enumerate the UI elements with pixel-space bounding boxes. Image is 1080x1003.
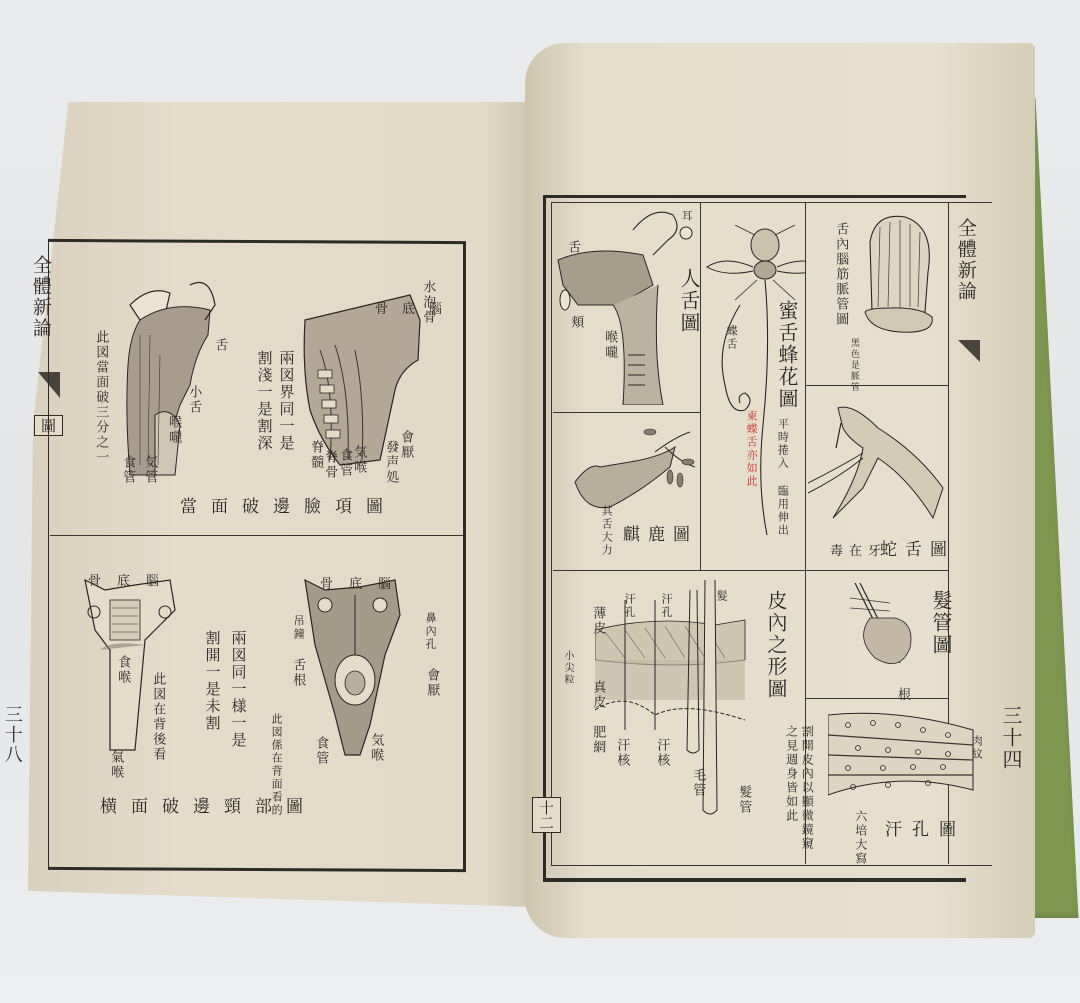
label-sweat-gland-2: 汗核 [654,738,668,768]
label-fat-net: 肥網 [590,725,604,755]
label-flesh-pattern: 肉紋 [970,735,982,761]
label-epiglottis-br: 會厭 [424,668,438,698]
label-brain-base-bone-bl: 骨底腦 [88,570,175,589]
left-page-number: 三十八 [2,705,22,765]
note-deer-tongue: 其舌大力 [600,505,612,557]
label-cheek-p1: 頬 [568,315,582,330]
fold-number-box: 十二 [532,797,561,833]
label-sweat-pore-2: 汗孔 [660,593,672,619]
right-margin-title: 全體新論 [955,218,976,302]
label-ethmoid: 水泡骨 [420,280,434,325]
label-true-skin: 真皮 [590,680,604,710]
skin-cross-section-illustration [595,580,775,820]
label-food-throat: 食喉 [115,655,129,685]
sweat-pore-illustration [828,710,978,800]
grid-h4 [805,698,948,699]
note-tongue-nerve: 黑色是脈管 [848,338,858,393]
grid-h1 [553,412,700,413]
label-thin-skin: 薄皮 [590,606,604,636]
deer-tongue-illustration [570,422,700,522]
caption-human-tongue: 人舌圖 [678,268,700,334]
snake-tongue-illustration [808,398,948,523]
label-tongue: 舌 [212,338,226,353]
label-hair-follicle: 髮管 [736,785,750,815]
left-divider [50,535,464,536]
label-trachea: 気管 [142,455,156,485]
note-skin-microscope: 割開皮內以顯微鏡窺之見週身皆如此 [783,725,814,860]
grid-v1 [700,202,701,570]
caption-deer: 麒鹿圖 [623,520,698,545]
caption-bee-tongue: 蜜舌蜂花圖 [776,300,798,410]
label-esophagus: 食管 [120,455,134,485]
caption-snake: 蛇舌圖 [880,535,955,560]
label-esophagus-2: 食管 [337,448,351,478]
top-figure-caption: 當面破邊臉項圖 [180,492,397,517]
note-back-view: 此図在背後看 [150,672,164,762]
note-cut-1: 兩図同一様一是 [230,630,247,749]
grid-h3 [553,570,948,571]
label-spinal-cord: 脊髓 [308,440,322,470]
label-voice-point: 發声処 [383,440,397,485]
caption-hair-follicle: 髮管圖 [930,590,952,656]
label-tongue-root: 舌根 [290,658,304,688]
right-page-number: 三十四 [1000,705,1022,771]
label-sweat-pore-1: 汗孔 [623,593,635,619]
label-butterfly-tongue: 蝶舌 [725,325,737,351]
label-nasal-hole: 鼻內孔 [424,612,436,651]
label-brain-base-bone: 骨底腦 [375,298,456,317]
red-handwritten-note: 東蝶舌亦如此 [745,410,757,488]
note-depth-2: 割淺一是割深 [256,350,273,452]
label-epiglottis: 會厭 [398,430,412,460]
label-tongue-p1: 舌 [565,240,579,255]
label-ear-p1: 耳 [680,210,692,223]
caption-tongue-nerve: 舌內腦筋脈管圖 [833,222,847,327]
note-front-section: 此図當面破三分之一 [93,330,107,465]
neck-cross-section-back-illustration [80,570,190,760]
caption-sweat-pore: 汗孔圖 [885,815,966,840]
label-papilla: 小尖粒 [562,650,573,686]
note-bee-tongue: 平時捲入 臨用伸出 [775,418,790,537]
caption-skin: 皮內之形圖 [765,590,787,700]
grid-h2 [805,385,948,386]
label-uvula-br: 吊鐘 [292,615,304,641]
label-brain-base-bone-br: 骨底腦 [320,573,407,592]
bottom-figure-caption: 横面破邊頸部圖 [100,792,317,817]
note-magnified: 六培大寫 [852,810,869,866]
label-uvula: 小舌 [186,385,200,415]
human-tongue-illustration [553,205,693,405]
tongue-nerve-illustration [860,212,940,342]
label-larynx: 喉嚨 [166,415,180,445]
label-root: 根 [898,684,911,703]
hair-follicle-illustration [850,578,920,688]
label-spine: 脊骨 [322,450,336,480]
label-hair: 髮 [715,590,727,603]
label-larynx-p1: 喉嚨 [602,330,616,360]
label-sweat-gland-1: 汗核 [614,738,628,768]
label-esophagus-br: 食管 [313,736,327,766]
neck-cross-section-front-illustration [300,575,420,760]
label-air-throat: 氣喉 [108,750,122,780]
label-windpipe-br: 気喉 [368,733,382,763]
note-cut-2: 割開一是未割 [204,630,221,732]
label-windpipe: 気喉 [351,445,365,475]
label-hair-tube: 毛管 [690,768,704,798]
note-snake: 毒在牙 [830,540,887,559]
